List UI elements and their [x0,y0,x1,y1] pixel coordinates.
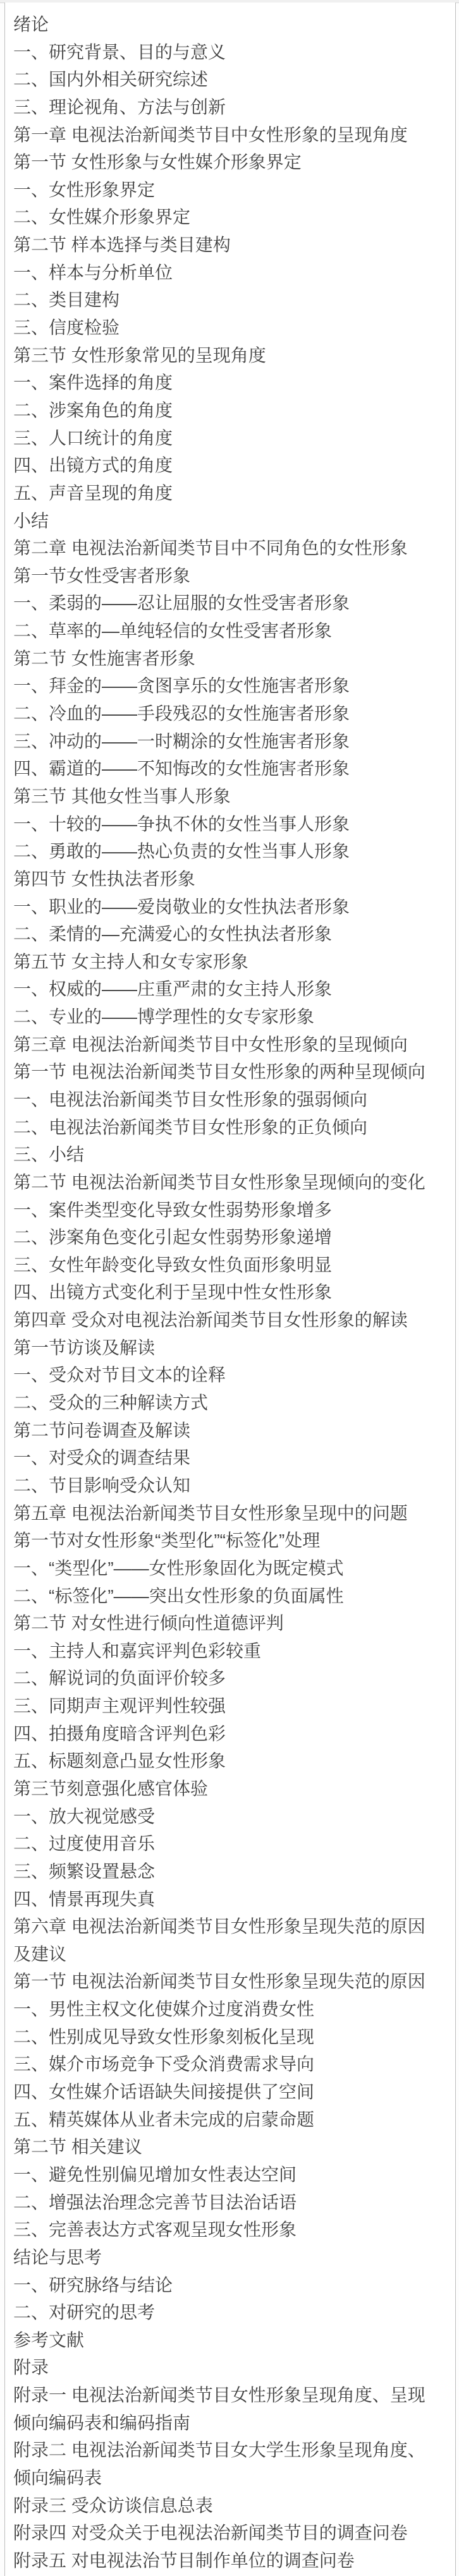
toc-line-item: 三、频繁设置悬念 [5,1858,455,1886]
toc-line-item: 二、涉案角色的角度 [5,397,455,424]
toc-line-item: 二、草率的—单纯轻信的女性受害者形象 [5,617,455,645]
toc-line-item: 一、主持人和嘉宾评判色彩较重 [5,1637,455,1665]
toc-line-item: 五、标题刻意凸显女性形象 [5,1747,455,1775]
toc-line-appendix: 倾向编码表 [5,2464,455,2492]
toc-line-item: 一、男性主权文化使媒介过度消费女性 [5,1995,455,2023]
toc-line-section: 第一节 女性形象与女性媒介形象界定 [5,148,455,176]
toc-line-section: 第四节 女性执法者形象 [5,865,455,893]
toc-line-item: 二、电视法治新闻类节目女性形象的正负倾向 [5,1114,455,1141]
toc-line-item: 四、情景再现失真 [5,1886,455,1913]
toc-line-section: 第二节 电视法治新闻类节目女性形象呈现倾向的变化 [5,1169,455,1196]
toc-line-part: 附录 [5,2354,455,2381]
document-page: 绪论一、研究背景、目的与意义二、国内外相关研究综述三、理论视角、方法与创新第一章… [4,3,456,2576]
toc-line-appendix: 附录四 对受众关于电视法治新闻类节目的调查问卷 [5,2519,455,2547]
toc-line-part: 绪论 [5,11,455,39]
toc-line-section: 第三节 女性形象常见的呈现角度 [5,342,455,370]
toc-line-item: 三、完善表达方式客观呈现女性形象 [5,2216,455,2244]
toc-line-item: 二、类目建构 [5,286,455,314]
toc-line-item: 一、电视法治新闻类节目女性形象的强弱倾向 [5,1086,455,1114]
toc-line-item: 四、出镜方式变化利于呈现中性女性形象 [5,1279,455,1306]
toc-line-item: 一、样本与分析单位 [5,259,455,287]
toc-line-item: 一、受众对节目文本的诠释 [5,1361,455,1389]
toc-line-item: 一、女性形象界定 [5,176,455,204]
toc-line-chapter: 第一章 电视法治新闻类节目中女性形象的呈现角度 [5,121,455,149]
toc-line-item: 一、案件类型变化导致女性弱势形象增多 [5,1196,455,1224]
toc-line-item: 一、职业的——爱岗敬业的女性执法者形象 [5,893,455,921]
toc-line-part: 小结 [5,507,455,535]
toc-line-item: 一、放大视觉感受 [5,1803,455,1831]
toc-line-item: 二、增强法治理念完善节目法治话语 [5,2189,455,2217]
toc-line-section: 第一节访谈及解读 [5,1334,455,1362]
toc-line-section: 第二节 对女性进行倾向性道德评判 [5,1610,455,1637]
toc-line-item: 三、小结 [5,1141,455,1169]
toc-line-item: 三、人口统计的角度 [5,424,455,452]
toc-line-chapter: 第二章 电视法治新闻类节目中不同角色的女性形象 [5,534,455,562]
toc-line-item: 二、受众的三种解读方式 [5,1389,455,1417]
toc-line-item: 二、女性媒介形象界定 [5,203,455,231]
toc-line-section: 第三节刻意强化感官体验 [5,1775,455,1803]
toc-line-appendix: 附录五 对电视法治节目制作单位的调查问卷 [5,2547,455,2575]
toc-line-item: 三、冲动的——一时糊涂的女性施害者形象 [5,728,455,755]
toc-line-item: 二、国内外相关研究综述 [5,66,455,93]
toc-line-item: 五、精英媒体从业者未完成的启蒙命题 [5,2106,455,2134]
toc-line-appendix: 附录二 电视法治新闻类节目女大学生形象呈现角度、 [5,2436,455,2464]
toc-line-item: 一、研究背景、目的与意义 [5,39,455,66]
toc-line-appendix: 附录一 电视法治新闻类节目女性形象呈现角度、呈现 [5,2381,455,2409]
toc-line-item: 一、十较的——争执不休的女性当事人形象 [5,810,455,838]
toc-line-item: 一、柔弱的——忍让屈服的女性受害者形象 [5,589,455,617]
toc-line-section: 第三节 其他女性当事人形象 [5,783,455,810]
toc-line-item: 二、柔情的—充满爱心的女性执法者形象 [5,920,455,948]
toc-line-item: 三、媒介市场竞争下受众消费需求导向 [5,2050,455,2078]
toc-line-section: 第一节对女性形象“类型化”“标签化”处理 [5,1527,455,1555]
toc-line-item: 一、拜金的——贪图享乐的女性施害者形象 [5,672,455,700]
toc-line-item: 二、冷血的——手段残忍的女性施害者形象 [5,700,455,728]
toc-line-item: 三、女性年龄变化导致女性负面形象明显 [5,1251,455,1279]
toc-line-chapter: 第五章 电视法治新闻类节目女性形象呈现中的问题 [5,1500,455,1527]
toc-line-section: 第一节女性受害者形象 [5,562,455,590]
toc-line-item: 二、涉案角色变化引起女性弱势形象递增 [5,1224,455,1251]
toc-line-appendix: 附录三 受众访谈信息总表 [5,2492,455,2520]
toc-line-part: 结论与思考 [5,2244,455,2272]
toc-line-part: 参考文献 [5,2326,455,2354]
toc-line-item: 四、霸道的——不知悔改的女性施害者形象 [5,755,455,783]
toc-list: 绪论一、研究背景、目的与意义二、国内外相关研究综述三、理论视角、方法与创新第一章… [5,3,455,2575]
toc-line-section: 第二节 相关建议 [5,2133,455,2161]
toc-line-item: 二、勇敢的——热心负责的女性当事人形象 [5,838,455,865]
toc-line-chapter: 第六章 电视法治新闻类节目女性形象呈现失范的原因 [5,1913,455,1941]
toc-line-item: 一、对受众的调查结果 [5,1444,455,1472]
toc-line-item: 五、声音呈现的角度 [5,479,455,507]
toc-line-item: 一、研究脉络与结论 [5,2272,455,2299]
toc-line-item: 四、出镜方式的角度 [5,452,455,479]
toc-line-item: 四、女性媒介话语缺失间接提供了空间 [5,2078,455,2106]
toc-line-section: 第二节 女性施害者形象 [5,645,455,673]
toc-line-section: 第二节 样本选择与类目建构 [5,231,455,259]
toc-line-item: 二、节目影响受众认知 [5,1472,455,1500]
toc-line-item: 二、对研究的思考 [5,2299,455,2326]
screenshot-frame: 绪论一、研究背景、目的与意义二、国内外相关研究综述三、理论视角、方法与创新第一章… [0,0,459,2576]
toc-line-item: 二、“标签化”——突出女性形象的负面属性 [5,1582,455,1610]
toc-line-item: 二、解说词的负面评价较多 [5,1664,455,1692]
toc-line-item: 三、信度检验 [5,314,455,342]
toc-line-item: 二、过度使用音乐 [5,1830,455,1858]
toc-line-item: 四、拍摄角度暗含评判色彩 [5,1720,455,1748]
toc-line-item: 三、同期声主观评判性较强 [5,1692,455,1720]
toc-line-appendix: 倾向编码表和编码指南 [5,2409,455,2437]
toc-line-item: 一、避免性别偏见增加女性表达空间 [5,2161,455,2189]
toc-line-section: 第二节问卷调查及解读 [5,1417,455,1445]
toc-line-item: 一、案件选择的角度 [5,369,455,397]
toc-line-section: 第五节 女主持人和女专家形象 [5,948,455,976]
toc-line-item: 一、“类型化”——女性形象固化为既定模式 [5,1555,455,1582]
toc-line-chapter: 第三章 电视法治新闻类节目中女性形象的呈现倾向 [5,1031,455,1059]
toc-line-chapter: 第四章 受众对电视法治新闻类节目女性形象的解读 [5,1306,455,1334]
toc-line-section: 第一节 电视法治新闻类节目女性形象的两种呈现倾向 [5,1058,455,1086]
toc-line-item: 一、权威的——庄重严肃的女主持人形象 [5,975,455,1003]
toc-line-section: 第一节 电视法治新闻类节目女性形象呈现失范的原因 [5,1968,455,1995]
toc-line-item: 二、性别成见导致女性形象刻板化呈现 [5,2023,455,2051]
toc-line-chapter: 及建议 [5,1941,455,1968]
toc-line-item: 二、专业的——博学理性的女专家形象 [5,1003,455,1031]
toc-line-item: 三、理论视角、方法与创新 [5,93,455,121]
